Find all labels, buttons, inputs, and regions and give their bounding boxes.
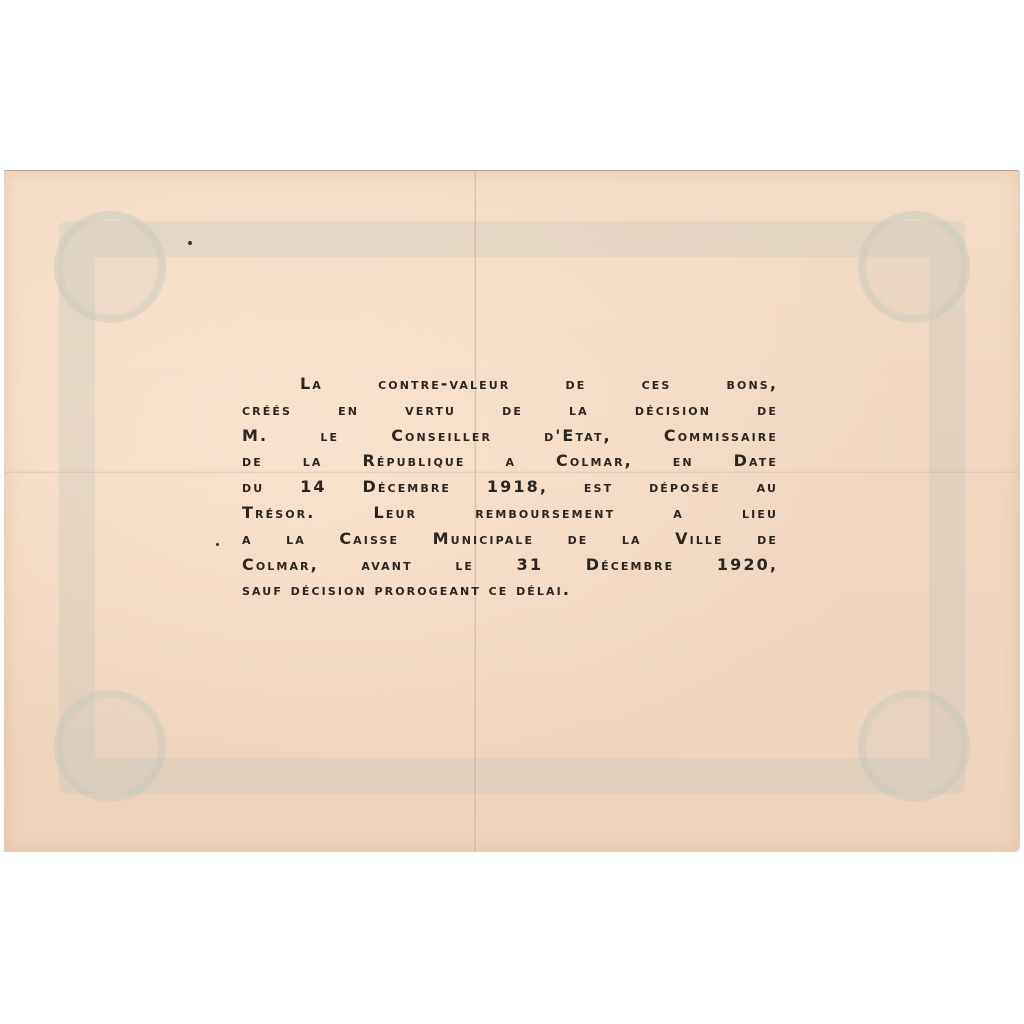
notice-line: sauf décision prorogeant ce délai. (242, 577, 778, 603)
notice-line: La contre-valeur de ces bons, (242, 371, 778, 397)
banknote-paper: La contre-valeur de ces bons, créés en v… (4, 170, 1020, 852)
redemption-notice: La contre-valeur de ces bons, créés en v… (242, 371, 778, 603)
corner-rosette-bottom-right (858, 690, 970, 802)
notice-line: Colmar, avant le 31 Décembre 1920, (242, 552, 778, 578)
corner-rosette-top-left (54, 211, 166, 323)
notice-line: de la République a Colmar, en Date (242, 448, 778, 474)
ink-speck (188, 241, 192, 245)
notice-line: Trésor. Leur remboursement a lieu (242, 500, 778, 526)
corner-rosette-bottom-left (54, 690, 166, 802)
corner-rosette-top-right (858, 211, 970, 323)
notice-line: créés en vertu de la décision de (242, 397, 778, 423)
notice-line: du 14 Décembre 1918, est déposée au (242, 474, 778, 500)
notice-line: a la Caisse Municipale de la Ville de (242, 526, 778, 552)
ink-speck (216, 543, 219, 546)
notice-line: M. le Conseiller d'Etat, Commissaire (242, 423, 778, 449)
